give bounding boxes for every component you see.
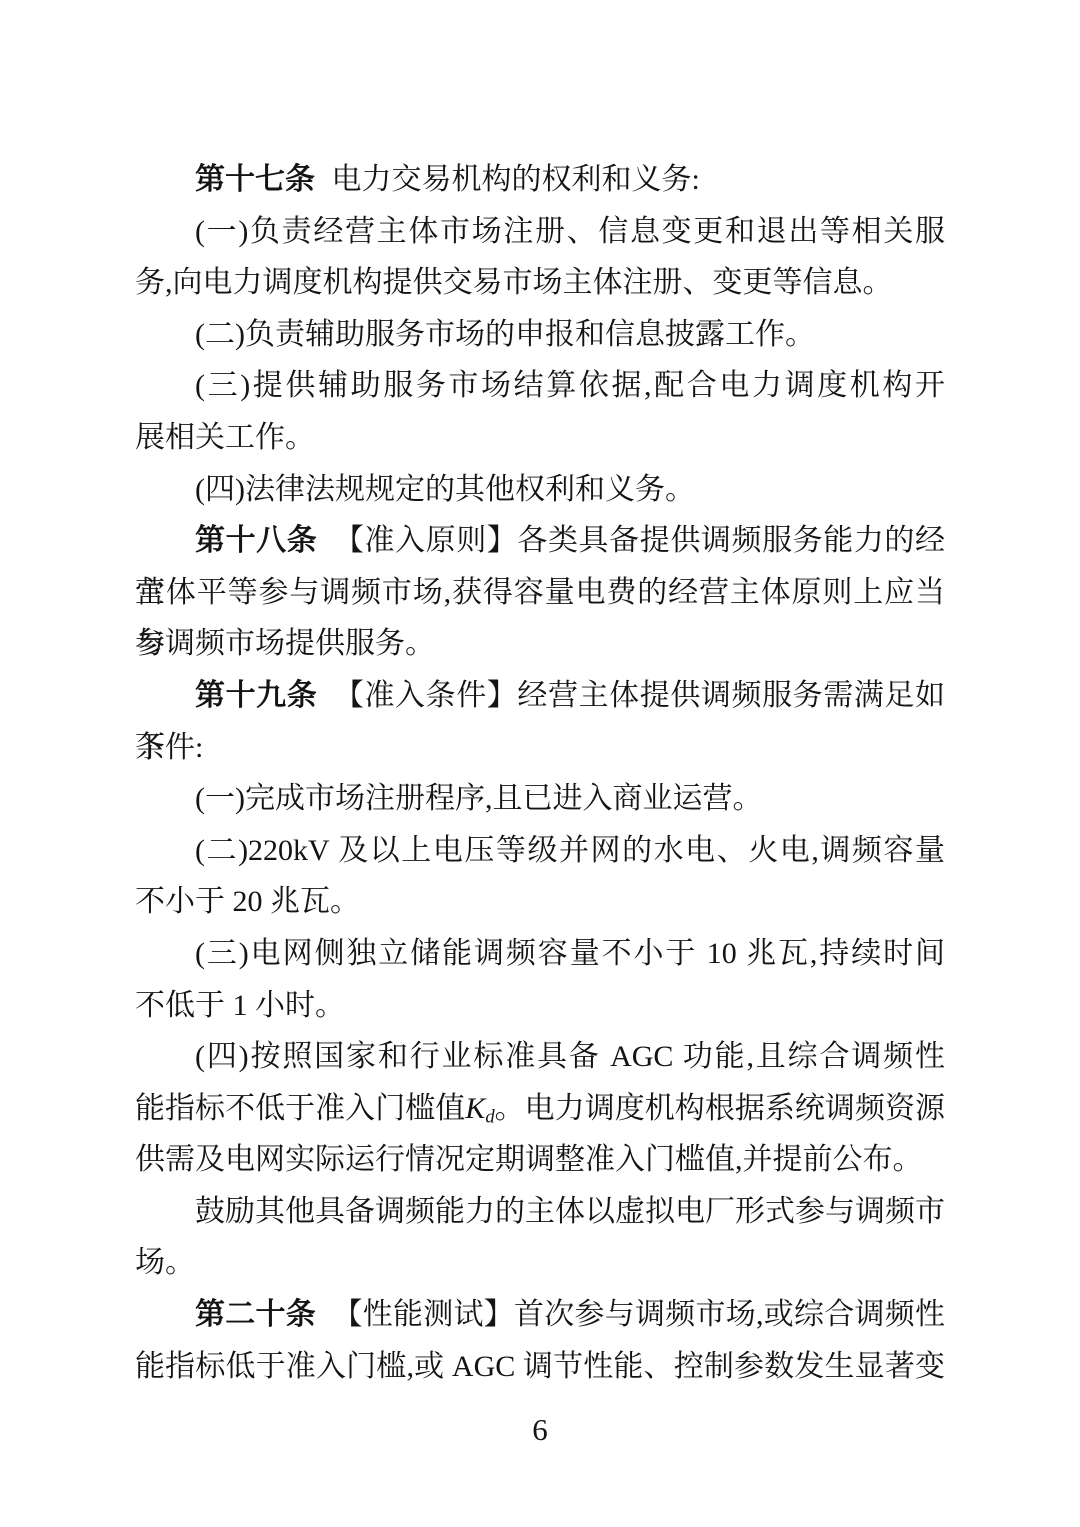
paragraph-line: (三)电网侧独立储能调频容量不小于 10 兆瓦,持续时间 [135,928,945,980]
page-number: 6 [0,1412,1080,1448]
paragraph-line: (四)按照国家和行业标准具备 AGC 功能,且综合调频性 [135,1031,945,1083]
line-text: 能指标不低于准入门槛值 [135,1092,465,1125]
paragraph-line: (四)法律法规规定的其他权利和义务。 [135,464,945,516]
paragraph-line: 务,向电力调度机构提供交易市场主体注册、变更等信息。 [135,257,945,309]
article-number: 第十七条 [195,163,315,196]
paragraph-line: 不低于 1 小时。 [135,980,945,1032]
paragraph-line: 条件: [135,722,945,774]
text-block: 第十七条电力交易机构的权利和义务: (一)负责经营主体市场注册、信息变更和退出等… [135,154,945,1392]
line-text: (一)完成市场注册程序,且已进入商业运营。 [195,782,762,815]
paragraph-line: (一)负责经营主体市场注册、信息变更和退出等相关服 [135,206,945,258]
paragraph-line: 能指标低于准入门槛,或 AGC 调节性能、控制参数发生显著变 [135,1341,945,1393]
paragraph-line: 供需及电网实际运行情况定期调整准入门槛值,并提前公布。 [135,1134,945,1186]
line-text: (四)按照国家和行业标准具备 AGC 功能,且综合调频性 [195,1040,945,1073]
line-text: 能指标低于准入门槛,或 AGC 调节性能、控制参数发生显著变 [135,1350,945,1383]
document-page: 第十七条电力交易机构的权利和义务: (一)负责经营主体市场注册、信息变更和退出等… [0,0,1080,1527]
line-text: 电力交易机构的权利和义务: [332,163,700,196]
paragraph-line: 主体平等参与调频市场,获得容量电费的经营主体原则上应当参 [135,567,945,619]
line-text: 不低于 1 小时。 [135,989,345,1022]
line-text: (四)法律法规规定的其他权利和义务。 [195,473,695,506]
line-text: (三)提供辅助服务市场结算依据,配合电力调度机构开 [195,369,945,402]
line-text: (二)220kV 及以上电压等级并网的水电、火电,调频容量 [195,834,945,867]
line-text: 鼓励其他具备调频能力的主体以虚拟电厂形式参与调频市 [195,1195,945,1228]
line-text: 条件: [135,731,203,764]
paragraph-line: (三)提供辅助服务市场结算依据,配合电力调度机构开 [135,360,945,412]
paragraph-line: 第十九条【准入条件】经营主体提供调频服务需满足如下 [135,670,945,722]
line-text: 供需及电网实际运行情况定期调整准入门槛值,并提前公布。 [135,1143,923,1176]
line-text: 场。 [135,1246,195,1279]
article-number: 第十八条 [195,524,317,557]
paragraph-line: 鼓励其他具备调频能力的主体以虚拟电厂形式参与调频市 [135,1186,945,1238]
paragraph-line: 第二十条【性能测试】首次参与调频市场,或综合调频性 [135,1289,945,1341]
paragraph-line: (二)负责辅助服务市场的申报和信息披露工作。 [135,309,945,361]
variable-kd-subscript: d [485,1106,494,1127]
article-number: 第十九条 [195,679,317,712]
paragraph-line: 第十七条电力交易机构的权利和义务: [135,154,945,206]
paragraph-line: 能指标不低于准入门槛值Kd。电力调度机构根据系统调频资源 [135,1083,945,1135]
line-text: 。电力调度机构根据系统调频资源 [495,1092,945,1125]
line-text: 务,向电力调度机构提供交易市场主体注册、变更等信息。 [135,266,893,299]
paragraph-line: 场。 [135,1237,945,1289]
paragraph-line: 与调频市场提供服务。 [135,618,945,670]
line-text: 不小于 20 兆瓦。 [135,885,360,918]
paragraph-line: 不小于 20 兆瓦。 [135,876,945,928]
line-text: 展相关工作。 [135,421,315,454]
paragraph-line: 第十八条【准入原则】各类具备提供调频服务能力的经营 [135,515,945,567]
article-number: 第二十条 [195,1298,316,1331]
line-text: (三)电网侧独立储能调频容量不小于 10 兆瓦,持续时间 [195,937,945,970]
line-text: 【性能测试】首次参与调频市场,或综合调频性 [333,1298,946,1331]
paragraph-line: (一)完成市场注册程序,且已进入商业运营。 [135,773,945,825]
paragraph-line: (二)220kV 及以上电压等级并网的水电、火电,调频容量 [135,825,945,877]
paragraph-line: 展相关工作。 [135,412,945,464]
variable-kd: K [465,1092,485,1125]
line-text: (二)负责辅助服务市场的申报和信息披露工作。 [195,318,815,351]
line-text: (一)负责经营主体市场注册、信息变更和退出等相关服 [195,215,945,248]
line-text: 与调频市场提供服务。 [135,627,435,660]
